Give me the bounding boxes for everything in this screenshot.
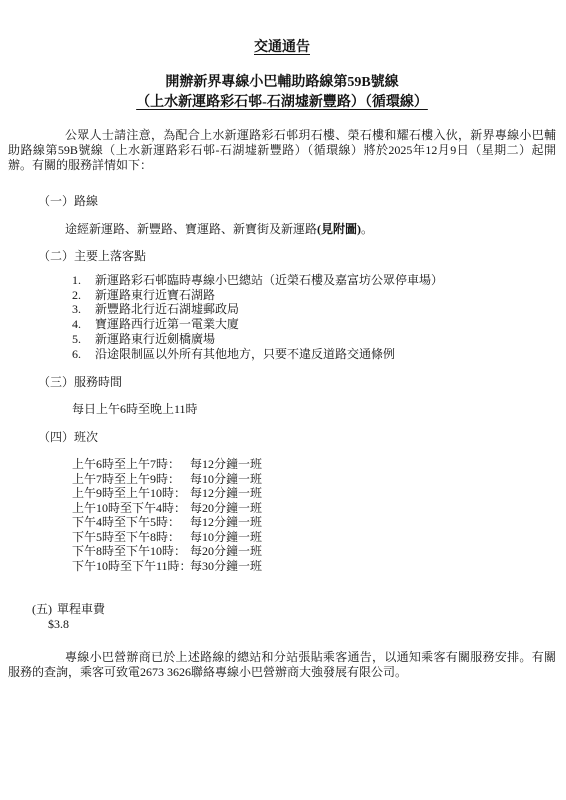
stop-item-text: 新豐路北行近石湖墟郵政局 [95,302,239,317]
section-fare-heading: (五)單程車費 [32,602,556,617]
stop-item-text: 新運路彩石邨臨時專線小巴總站（近榮石樓及嘉富坊公眾停車場） [95,273,443,288]
stop-item-text: 新運路東行近寶石湖路 [95,288,215,303]
stop-item-number: 4. [72,317,95,332]
stop-item-number: 5. [72,332,95,347]
section-route-heading: （一）路線 [38,194,556,209]
section-frequency: （四）班次 上午6時至上午7時：每12分鐘一班 上午7時至上午9時：每10分鐘一… [8,430,556,573]
frequency-period: 上午7時至上午9時： [72,472,190,487]
stop-item-number: 3. [72,302,95,317]
section-fare-number: (五) [32,602,52,616]
stop-item-number: 1. [72,273,95,288]
section-hours-title: 服務時間 [74,375,122,389]
section-stops-heading: （二）主要上落客點 [38,249,556,264]
frequency-headway: 每12分鐘一班 [190,515,262,529]
stop-item: 4. 寶運路西行近第一電業大廈 [72,317,556,332]
frequency-period: 下午8時至下午10時： [72,544,190,559]
frequency-period: 上午10時至下午4時： [72,501,190,516]
section-frequency-heading: （四）班次 [38,430,556,445]
notice-subtitle: 開辦新界專線小巴輔助路線第59B號線 （上水新運路彩石邨-石湖墟新豐路）（循環線… [8,73,556,113]
route-via-period: 。 [361,222,373,236]
subtitle-line2-text: （上水新運路彩石邨-石湖墟新豐路）（循環線） [136,95,428,110]
section-hours-number: （三） [38,375,74,389]
stop-item: 6. 沿途限制區以外所有其他地方，只要不違反道路交通條例 [72,347,556,362]
frequency-period: 下午10時至下午11時： [72,559,190,574]
closing-paragraph: 專線小巴營辦商已於上述路線的總站和分站張貼乘客通告，以通知乘客有關服務安排。有關… [8,650,556,680]
section-fare: (五)單程車費 $3.8 [8,602,556,632]
page-title-text: 交通通告 [254,40,310,55]
stops-list: 1. 新運路彩石邨臨時專線小巴總站（近榮石樓及嘉富坊公眾停車場） 2. 新運路東… [72,273,556,361]
fare-amount: $3.8 [48,617,556,632]
frequency-headway: 每30分鐘一班 [190,559,262,573]
page-title: 交通通告 [8,40,556,56]
notice-page: 交通通告 開辦新界專線小巴輔助路線第59B號線 （上水新運路彩石邨-石湖墟新豐路… [0,0,566,800]
frequency-headway: 每12分鐘一班 [190,486,262,500]
frequency-headway: 每10分鐘一班 [190,530,262,544]
frequency-row: 下午8時至下午10時：每20分鐘一班 [72,544,556,559]
section-stops-title: 主要上落客點 [74,249,146,263]
stop-item-text: 寶運路西行近第一電業大廈 [95,317,239,332]
see-attached-map-note: (見附圖) [317,222,361,236]
frequency-row: 上午6時至上午7時：每12分鐘一班 [72,457,556,472]
stop-item-number: 2. [72,288,95,303]
frequency-row: 上午10時至下午4時：每20分鐘一班 [72,501,556,516]
section-route-number: （一） [38,194,74,208]
route-via-text: 途經新運路、新豐路、寶運路、新寶街及新運路 [65,222,317,236]
frequency-row: 下午5時至下午8時：每10分鐘一班 [72,530,556,545]
frequency-period: 下午5時至下午8時： [72,530,190,545]
frequency-period: 下午4時至下午5時： [72,515,190,530]
frequency-headway: 每12分鐘一班 [190,457,262,471]
service-hours-text: 每日上午6時至晚上11時 [72,402,556,417]
subtitle-line2: （上水新運路彩石邨-石湖墟新豐路）（循環線） [8,93,556,113]
section-hours-heading: （三）服務時間 [38,375,556,390]
frequency-row: 下午4時至下午5時：每12分鐘一班 [72,515,556,530]
stop-item-text: 沿途限制區以外所有其他地方，只要不違反道路交通條例 [95,347,395,362]
frequency-headway: 每20分鐘一班 [190,501,262,515]
intro-paragraph: 公眾人士請注意，為配合上水新運路彩石邨玥石樓、榮石樓和耀石樓入伙，新界專線小巴輔… [8,128,556,173]
frequency-row: 下午10時至下午11時：每30分鐘一班 [72,559,556,574]
stop-item-text: 新運路東行近劍橋廣場 [95,332,215,347]
section-fare-title: 單程車費 [57,602,105,616]
stop-item: 5. 新運路東行近劍橋廣場 [72,332,556,347]
route-description: 途經新運路、新豐路、寶運路、新寶街及新運路(見附圖)。 [65,222,556,237]
frequency-headway: 每10分鐘一班 [190,472,262,486]
frequency-headway: 每20分鐘一班 [190,544,262,558]
section-frequency-title: 班次 [74,430,98,444]
section-frequency-number: （四） [38,430,74,444]
section-route-title: 路線 [74,194,98,208]
stop-item: 1. 新運路彩石邨臨時專線小巴總站（近榮石樓及嘉富坊公眾停車場） [72,273,556,288]
frequency-row: 上午7時至上午9時：每10分鐘一班 [72,472,556,487]
section-service-hours: （三）服務時間 每日上午6時至晚上11時 [8,375,556,417]
section-stops-number: （二） [38,249,74,263]
stop-item: 2. 新運路東行近寶石湖路 [72,288,556,303]
section-route: （一）路線 途經新運路、新豐路、寶運路、新寶街及新運路(見附圖)。 [8,194,556,237]
stop-item: 3. 新豐路北行近石湖墟郵政局 [72,302,556,317]
subtitle-line1: 開辦新界專線小巴輔助路線第59B號線 [8,73,556,93]
stop-item-number: 6. [72,347,95,362]
frequency-period: 上午9時至上午10時： [72,486,190,501]
frequency-row: 上午9時至上午10時：每12分鐘一班 [72,486,556,501]
frequency-period: 上午6時至上午7時： [72,457,190,472]
section-stops: （二）主要上落客點 1. 新運路彩石邨臨時專線小巴總站（近榮石樓及嘉富坊公眾停車… [8,249,556,361]
frequency-table: 上午6時至上午7時：每12分鐘一班 上午7時至上午9時：每10分鐘一班 上午9時… [72,457,556,573]
